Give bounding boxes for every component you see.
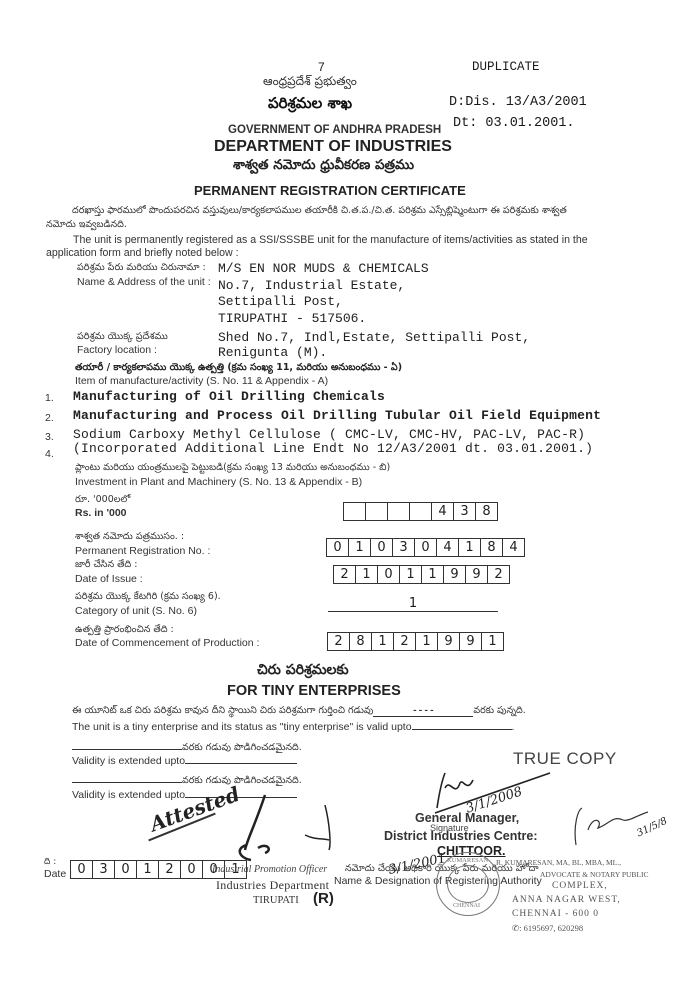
item-number: 4.: [45, 448, 54, 460]
digit-box: 3: [93, 861, 115, 878]
digit-box: 9: [444, 566, 466, 583]
ipo-location: TIRUPATI: [253, 895, 299, 906]
cert-title: PERMANENT REGISTRATION CERTIFICATE: [194, 183, 466, 198]
digit-box: 4: [503, 539, 524, 556]
extension-1-blank: [72, 739, 182, 750]
ipo-designation: Industrial Promotion Officer: [212, 864, 327, 875]
digit-box: 1: [482, 633, 503, 650]
tiny-status: The unit is a tiny enterprise and its st…: [72, 718, 514, 733]
commencement-label: Date of Commencement of Production :: [75, 637, 259, 649]
item-number: 3.: [45, 431, 54, 443]
digit-box: [344, 503, 366, 520]
unit-label: Name & Address of the unit :: [77, 276, 211, 288]
item-text: Manufacturing and Process Oil Drilling T…: [73, 408, 601, 423]
item-text: Sodium Carboxy Methyl Cellulose ( CMC-LV…: [73, 427, 585, 442]
digit-box: 2: [334, 566, 356, 583]
unit-label-telugu: పరిశ్రమ పేరు మరియు చిరునామా :: [77, 262, 206, 275]
notary-address-3: CHENNAI - 600 0: [512, 909, 599, 919]
digit-box: 4: [437, 539, 459, 556]
unit-address: M/S EN NOR MUDS & CHEMICALS No.7, Indust…: [218, 261, 429, 327]
digit-box: 8: [481, 539, 503, 556]
item-number: 1.: [45, 392, 54, 404]
digit-box: [366, 503, 388, 520]
notary-seal: KUMARESAN CHENNAI: [436, 852, 500, 916]
reference-date: Dt: 03.01.2001.: [453, 116, 575, 131]
extension-1-text: Validity is extended upto: [72, 755, 185, 767]
tiny-status-text: The unit is a tiny enterprise and its st…: [72, 721, 412, 733]
issue-label: Date of Issue :: [75, 573, 143, 585]
digit-box: 8: [476, 503, 497, 520]
govt-title: GOVERNMENT OF ANDHRA PRADESH: [228, 124, 441, 136]
factory-location-line: Shed No.7, Indl,Estate, Settipalli Post,: [218, 330, 530, 345]
digit-box: 0: [327, 539, 349, 556]
digit-box: 3: [393, 539, 415, 556]
digit-box: 1: [356, 566, 378, 583]
item-number: 2.: [45, 412, 54, 424]
tiny-valid-upto-field: [412, 718, 512, 730]
issue-date-boxes: 21011992: [333, 565, 510, 584]
factory-location-line: Renigunta (M).: [218, 345, 530, 360]
digit-box: 9: [438, 633, 460, 650]
digit-box: 1: [459, 539, 481, 556]
registration-number-boxes: 010304184: [326, 538, 525, 557]
notary-phone: ✆: 6195697, 620298: [512, 923, 583, 934]
unit-address-line: Settipalli Post,: [218, 294, 429, 311]
digit-box: 1: [349, 539, 371, 556]
digit-box: [388, 503, 410, 520]
tiny-status-telugu-value: ----: [373, 705, 473, 717]
intro-telugu-2: నమోదు ఇవ్వబడినది.: [46, 219, 127, 232]
digit-box: 0: [71, 861, 93, 878]
items-label: Item of manufacture/activity (S. No. 11 …: [75, 375, 328, 387]
digit-box: 8: [350, 633, 372, 650]
registration-label: Permanent Registration No. :: [75, 545, 210, 557]
tiny-status-telugu: ఈ యూనిట్ ఒక చిరు పరిశ్రమ కావున దీని స్థా…: [72, 705, 526, 718]
ipo-mark: (R): [313, 890, 334, 907]
extension-2-blank: [72, 772, 182, 783]
digit-box: 1: [400, 566, 422, 583]
seal-text-top: KUMARESAN: [447, 857, 488, 864]
category-label: Category of unit (S. No. 6): [75, 605, 197, 617]
digit-box: 4: [432, 503, 454, 520]
digit-box: 1: [416, 633, 438, 650]
tiny-status-telugu-end: వరకు పున్నది.: [473, 705, 525, 716]
notary-title: ADVOCATE & NOTARY PUBLIC: [540, 870, 649, 879]
intro-english-1: The unit is permanently registered as a …: [73, 234, 588, 246]
unit-address-line: No.7, Industrial Estate,: [218, 278, 429, 295]
extension-2-text: Validity is extended upto: [72, 789, 185, 801]
digit-box: 2: [159, 861, 181, 878]
category-value: 1: [328, 596, 498, 612]
tiny-title-telugu: చిరు పరిశ్రమలకు: [257, 662, 349, 681]
factory-label-telugu: పరిశ్రమ యొక్క ప్రదేశము: [77, 331, 168, 344]
seal-text-bottom: CHENNAI: [453, 903, 480, 909]
digit-box: 0: [115, 861, 137, 878]
digit-box: 0: [415, 539, 437, 556]
digit-box: 9: [460, 633, 482, 650]
digit-box: 2: [488, 566, 509, 583]
investment-unit: Rs. in '000: [75, 507, 127, 519]
intro-telugu-1: దరఖాస్తు ఫారములో పొందుపరచిన వస్తువులు/కా…: [72, 205, 567, 218]
issue-label-telugu: జారీ చేసిన తేది :: [75, 559, 138, 572]
unit-address-line: M/S EN NOR MUDS & CHEMICALS: [218, 261, 429, 278]
unit-address-line: TIRUPATHI - 517506.: [218, 311, 429, 328]
page-number: 7: [318, 60, 325, 74]
notary-address-2: ANNA NAGAR WEST,: [512, 895, 621, 905]
digit-box: [410, 503, 432, 520]
commencement-label-telugu: ఉత్పత్తి ప్రారంభించిన తేది :: [75, 624, 174, 637]
extension-1-field: [185, 752, 297, 764]
intro-english-2: application form and briefly noted below…: [46, 247, 239, 259]
digit-box: 1: [372, 633, 394, 650]
factory-location: Shed No.7, Indl,Estate, Settipalli Post,…: [218, 330, 530, 360]
category-label-telugu: పరిశ్రమ యొక్క కేటగిరి (క్రమ సంఖ్య 6).: [75, 591, 221, 604]
telugu-cert-title: శాశ్వత నమోదు ధ్రువీకరణ పత్రము: [233, 157, 414, 176]
tiny-status-telugu-text: ఈ యూనిట్ ఒక చిరు పరిశ్రమ కావున దీని స్థా…: [72, 705, 373, 716]
commencement-date-boxes: 28121991: [327, 632, 504, 651]
date-label: Date :: [44, 868, 72, 880]
registration-label-telugu: శాశ్వత నమోదు పత్రముసం. :: [75, 531, 184, 544]
digit-box: 0: [378, 566, 400, 583]
tiny-title: FOR TINY ENTERPRISES: [227, 683, 401, 699]
digit-box: 2: [394, 633, 416, 650]
digit-box: 3: [454, 503, 476, 520]
digit-box: 0: [181, 861, 203, 878]
digit-box: 0: [371, 539, 393, 556]
telugu-dept-title: పరిశ్రమల శాఖ: [268, 94, 352, 116]
digit-box: 9: [466, 566, 488, 583]
seal-inner-ring: [447, 865, 489, 903]
digit-box: 1: [137, 861, 159, 878]
extension-1: Validity is extended upto: [72, 752, 297, 767]
factory-label: Factory location :: [77, 344, 157, 356]
extension-2-telugu-text: వరకు గడువు పొడిగించడమైనది.: [182, 775, 302, 786]
notary-address-1: COMPLEX,: [552, 881, 608, 891]
items-label-telugu: తయారీ / కార్యకలాపము యొక్క ఉత్పత్తి (క్రమ…: [75, 362, 402, 375]
item-text: (Incorporated Additional Line Endt No 12…: [73, 441, 593, 456]
investment-unit-telugu: రూ. '000లలో: [75, 494, 130, 507]
duplicate-label: DUPLICATE: [472, 60, 540, 74]
true-copy-label: TRUE COPY: [513, 749, 617, 769]
item-text: Manufacturing of Oil Drilling Chemicals: [73, 389, 385, 404]
investment-value-boxes: 438: [343, 502, 498, 521]
dept-title: DEPARTMENT OF INDUSTRIES: [214, 138, 452, 156]
telugu-govt-title: ఆంధ్రప్రదేశ్ ప్రభుత్వం: [263, 74, 357, 91]
digit-box: 1: [422, 566, 444, 583]
investment-label-telugu: ప్లాంటు మరియు యంత్రములపై పెట్టుబడి(క్రమ …: [75, 462, 390, 475]
reference-number: D:Dis. 13/A3/2001: [449, 95, 587, 110]
gm-office: District Industries Centre:: [384, 829, 538, 843]
notary-name: R. KUMARESAN, MA, BL, MBA, ML.,: [496, 858, 621, 867]
ipo-signature-icon: [225, 790, 365, 870]
digit-box: 2: [328, 633, 350, 650]
investment-label: Investment in Plant and Machinery (S. No…: [75, 476, 362, 488]
